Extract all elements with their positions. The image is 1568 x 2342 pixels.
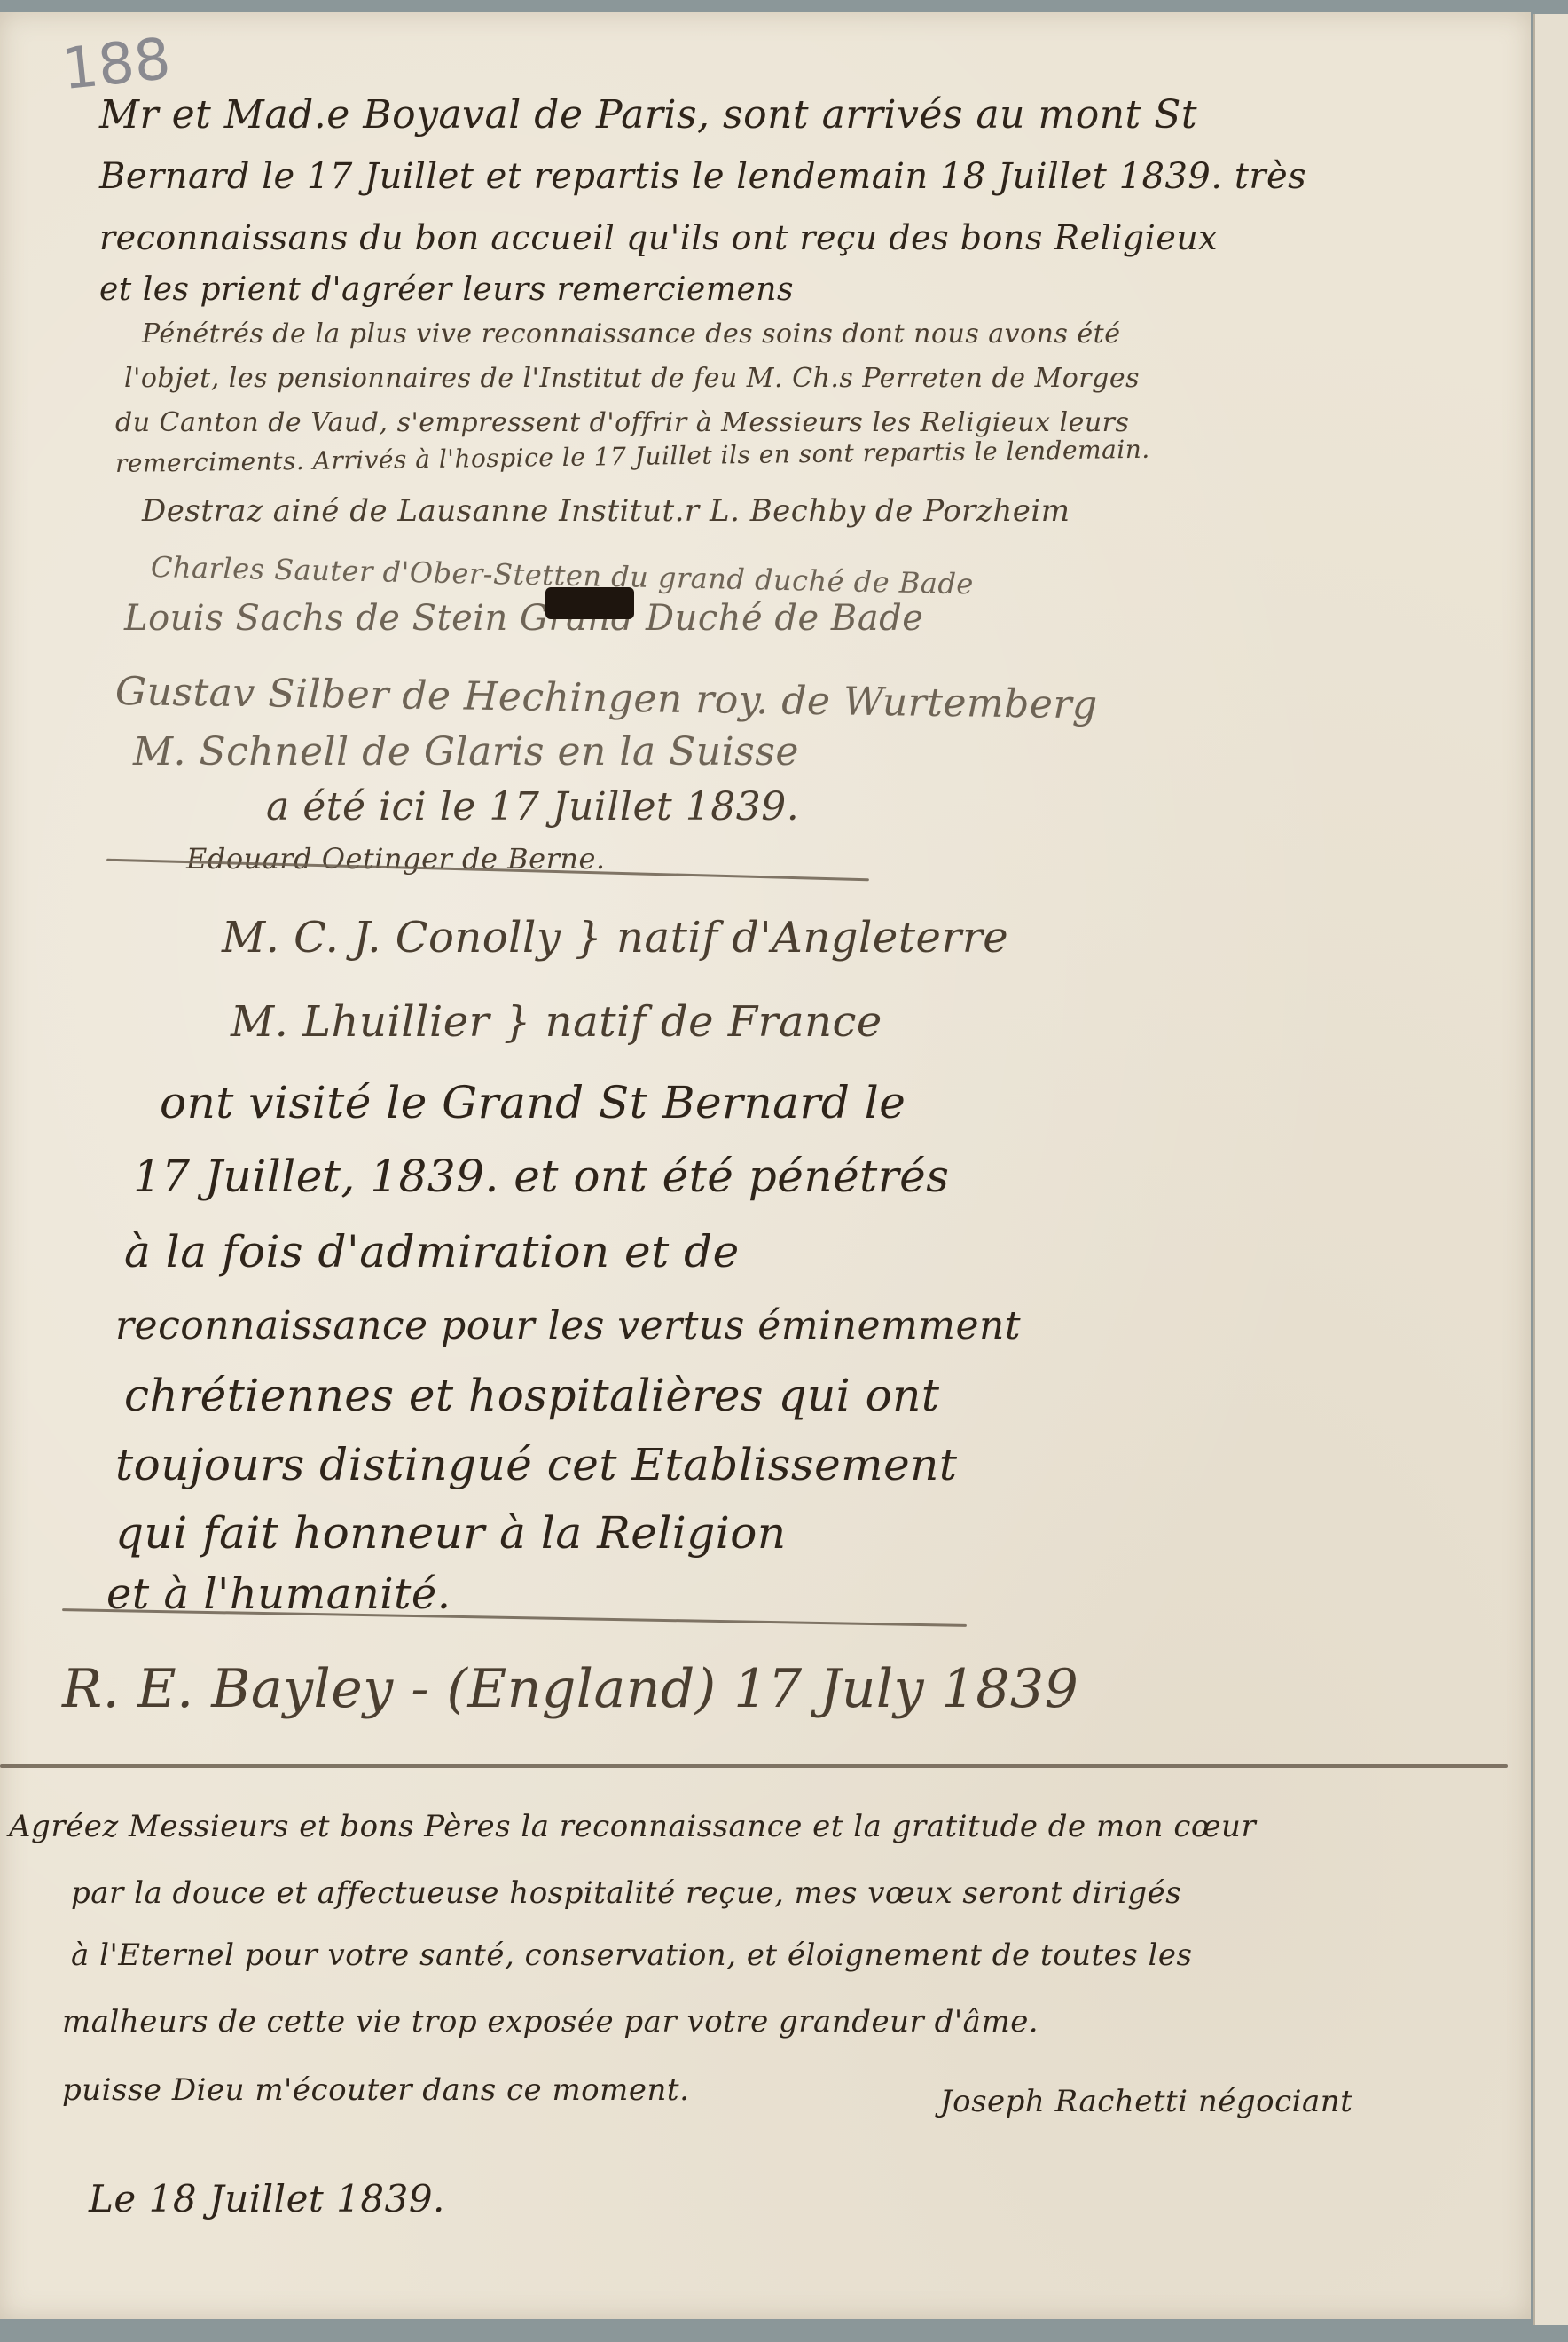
- entry-line: Destraz ainé de Lausanne Institut.r L. B…: [142, 493, 1070, 529]
- entry-line: à l'Eternel pour votre santé, conservati…: [71, 1937, 1192, 1973]
- entry-line: Mr et Mad.e Boyaval de Paris, sont arriv…: [99, 92, 1197, 138]
- entry-line: reconnaissans du bon accueil qu'ils ont …: [99, 218, 1218, 257]
- entry-line: chrétiennes et hospitalières qui ont: [124, 1370, 939, 1421]
- entry-line: Gustav Silber de Hechingen roy. de Wurte…: [115, 669, 1098, 727]
- entry-line: Agréez Messieurs et bons Pères la reconn…: [9, 1809, 1256, 1844]
- entry-line: R. E. Bayley - (England) 17 July 1839: [62, 1658, 1078, 1720]
- entry-line: malheurs de cette vie trop exposée par v…: [62, 2004, 1039, 2039]
- ink-blot: [545, 587, 634, 619]
- entry-line: reconnaissance pour les vertus éminemmen…: [115, 1303, 1021, 1348]
- entry-line: toujours distingué cet Etablissement: [115, 1439, 957, 1490]
- entry-line: et les prient d'agréer leurs remerciemen…: [99, 271, 794, 308]
- entry-line: l'objet, les pensionnaires de l'Institut…: [124, 363, 1140, 394]
- entry-line: Louis Sachs de Stein Grand Duché de Bade: [124, 598, 923, 639]
- entry-line: du Canton de Vaud, s'empressent d'offrir…: [115, 407, 1129, 438]
- entry-line: Pénétrés de la plus vive reconnaissance …: [142, 318, 1120, 350]
- entry-line: à la fois d'admiration et de: [124, 1226, 740, 1277]
- entry-line: par la douce et affectueuse hospitalité …: [71, 1875, 1181, 1911]
- entry-line: 17 Juillet, 1839. et ont été pénétrés: [133, 1151, 949, 1202]
- entry-line: Bernard le 17 Juillet et repartis le len…: [99, 156, 1306, 197]
- entry-line: qui fait honneur à la Religion: [115, 1507, 787, 1559]
- entry-line: a été ici le 17 Juillet 1839.: [266, 784, 799, 829]
- entry-line: M. Schnell de Glaris en la Suisse: [133, 729, 799, 774]
- entry-line: remerciments. Arrivés à l'hospice le 17 …: [115, 435, 1150, 478]
- manuscript-page: 188 Mr et Mad.e Boyaval de Paris, sont a…: [0, 12, 1531, 2319]
- entry-line: M. Lhuillier } natif de France: [231, 997, 882, 1047]
- entry-line: ont visité le Grand St Bernard le: [160, 1077, 906, 1128]
- signature: Joseph Rachetti négociant: [940, 2084, 1352, 2119]
- entry-line: puisse Dieu m'écouter dans ce moment.: [62, 2072, 689, 2108]
- separator-line: [0, 1764, 1508, 1768]
- adjacent-page-edge: [1533, 14, 1568, 2325]
- entry-line: M. C. J. Conolly } natif d'Angleterre: [222, 913, 1008, 963]
- entry-line: Le 18 Juillet 1839.: [89, 2177, 445, 2220]
